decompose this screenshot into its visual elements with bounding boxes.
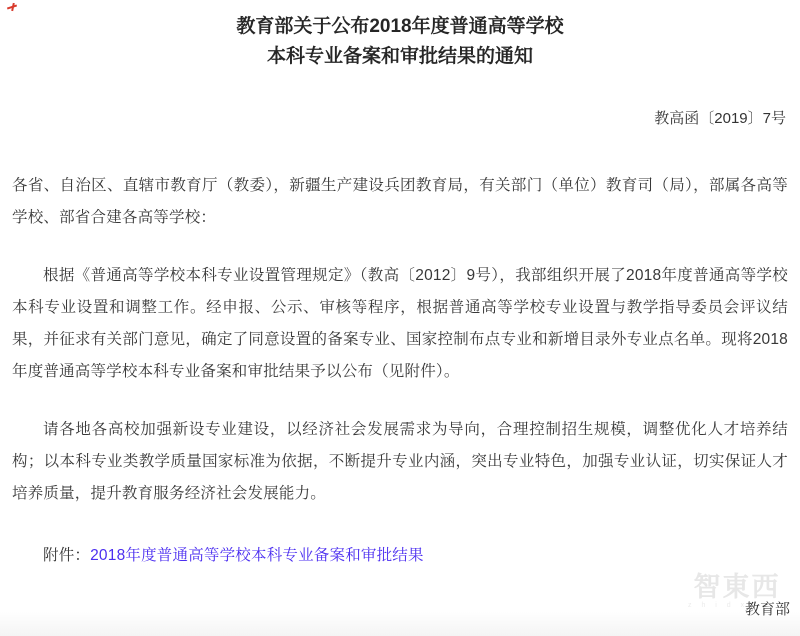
bottom-fade-bar xyxy=(0,612,800,636)
issuer-signature: 教育部 xyxy=(745,598,790,622)
paragraph-main: 根据《普通高等学校本科专业设置管理规定》（教高〔2012〕9号），我部组织开展了… xyxy=(12,260,788,388)
paragraph-request: 请各地各高校加强新设专业建设，以经济社会发展需求为导向，合理控制招生规模，调整优… xyxy=(12,414,788,510)
paragraph-addressees: 各省、自治区、直辖市教育厅（教委），新疆生产建设兵团教育局，有关部门（单位）教育… xyxy=(12,170,788,234)
notice-document: 教育部关于公布2018年度普通高等学校 本科专业备案和审批结果的通知 教高函〔2… xyxy=(0,0,800,636)
document-number: 教高函〔2019〕7号 xyxy=(12,108,788,130)
attachment-line: 附件：2018年度普通高等学校本科专业备案和审批结果 xyxy=(12,540,788,572)
document-title-line1: 教育部关于公布2018年度普通高等学校 xyxy=(12,12,788,42)
attachment-label: 附件： xyxy=(43,547,90,564)
attachment-link[interactable]: 2018年度普通高等学校本科专业备案和审批结果 xyxy=(90,547,424,564)
document-title: 教育部关于公布2018年度普通高等学校 本科专业备案和审批结果的通知 xyxy=(12,0,788,72)
document-title-line2: 本科专业备案和审批结果的通知 xyxy=(12,42,788,72)
